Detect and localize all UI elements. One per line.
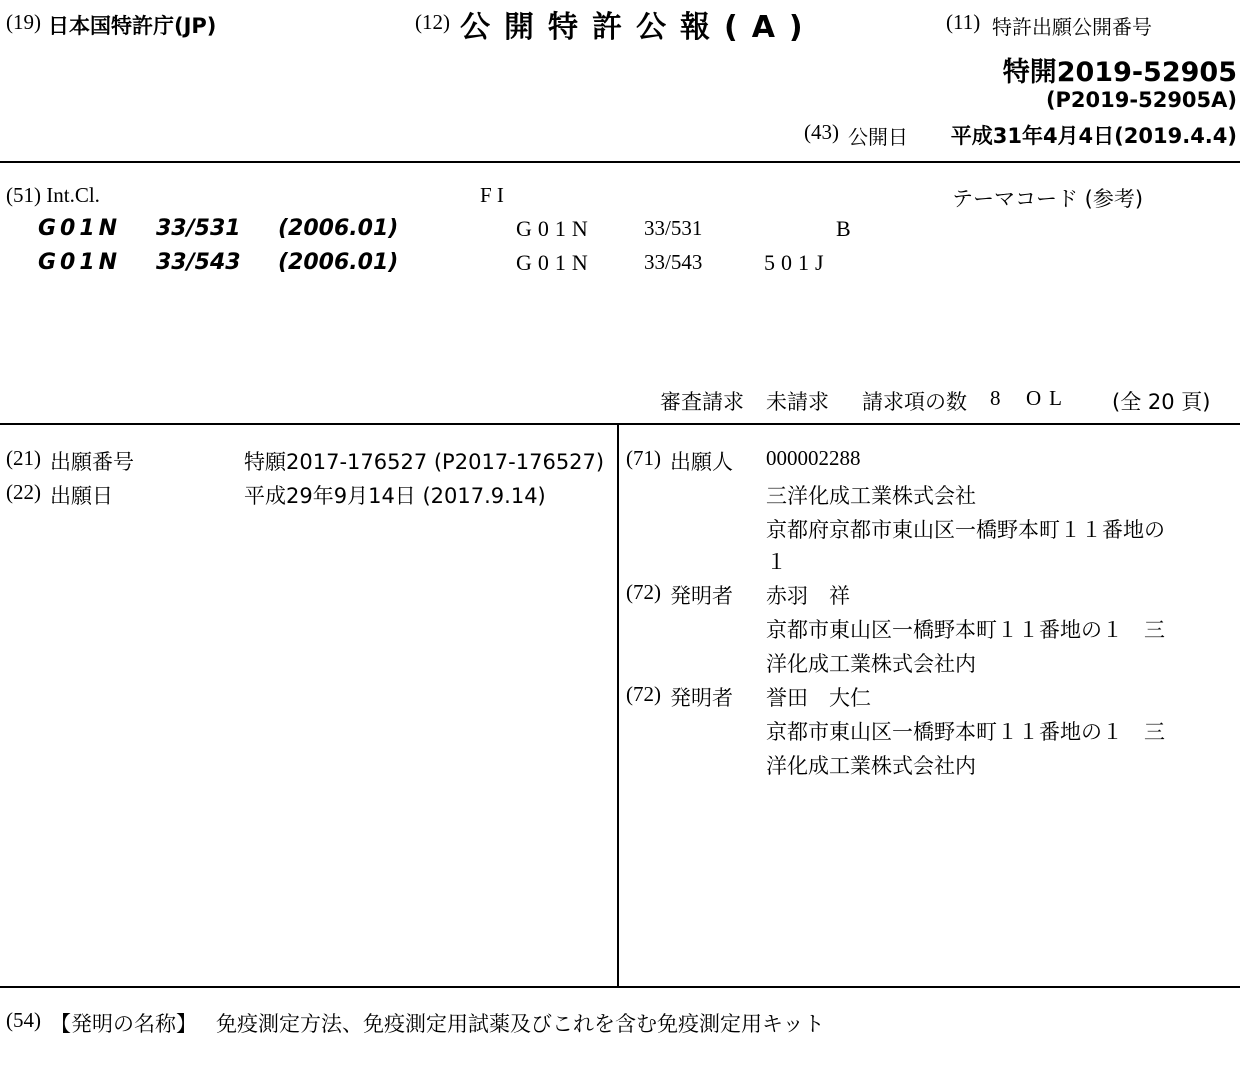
inventor-name: 赤羽 祥 bbox=[766, 580, 850, 610]
divider-vertical bbox=[617, 423, 619, 988]
pub-number-label: 特許出願公開番号 bbox=[992, 11, 1152, 40]
applicant-label: 出願人 bbox=[670, 446, 733, 476]
exam-request-status: 未請求 bbox=[766, 386, 829, 416]
ipc-code: G01N bbox=[38, 250, 121, 275]
invention-title-label: 【発明の名称】 bbox=[50, 1008, 197, 1038]
applicant-name: 三洋化成工業株式会社 bbox=[766, 480, 976, 510]
int-cl-label: (51) Int.Cl. bbox=[6, 183, 100, 208]
inventor-address: 京都市東山区一橋野本町１１番地の１ 三 bbox=[766, 614, 1165, 644]
ol-mark: OL bbox=[1026, 386, 1070, 411]
pub-date: 平成31年4月4日(2019.4.4) bbox=[951, 120, 1237, 150]
fi-label: F I bbox=[480, 183, 504, 208]
divider-mid bbox=[0, 423, 1240, 425]
app-date-label: 出願日 bbox=[50, 480, 113, 510]
fi-group: 33/531 bbox=[644, 216, 702, 241]
pub-date-label: 公開日 bbox=[848, 121, 908, 150]
app-date-value: 平成29年9月14日 (2017.9.14) bbox=[244, 480, 546, 510]
claims-count: 8 bbox=[990, 386, 1001, 411]
inventor-code: (72) bbox=[626, 682, 661, 707]
pub-type-title: 公開特許公報(A) bbox=[460, 2, 817, 46]
pub-date-code: (43) bbox=[804, 120, 839, 145]
inventor-label: 発明者 bbox=[670, 682, 733, 712]
invention-title: 免疫測定方法、免疫測定用試薬及びこれを含む免疫測定用キット bbox=[216, 1008, 825, 1038]
claims-label: 請求項の数 bbox=[862, 386, 967, 416]
fi-code: G01N bbox=[516, 216, 594, 242]
office-code: (19) bbox=[6, 10, 41, 35]
inventor-address-cont: 洋化成工業株式会社内 bbox=[766, 750, 976, 780]
page-count: (全 20 頁) bbox=[1112, 386, 1210, 416]
office-name: 日本国特許庁(JP) bbox=[48, 10, 216, 40]
inventor-label: 発明者 bbox=[670, 580, 733, 610]
ipc-code: G01N bbox=[38, 216, 121, 241]
ipc-version: (2006.01) bbox=[278, 216, 398, 241]
ipc-version: (2006.01) bbox=[278, 250, 398, 275]
fi-code: G01N bbox=[516, 250, 594, 276]
ipc-group: 33/531 bbox=[156, 216, 241, 241]
applicant-id: 000002288 bbox=[766, 446, 861, 471]
divider-bottom bbox=[0, 986, 1240, 988]
inventor-name: 誉田 大仁 bbox=[766, 682, 871, 712]
pub-number: 特開2019-52905 bbox=[1003, 50, 1237, 89]
inventor-code: (72) bbox=[626, 580, 661, 605]
applicant-code: (71) bbox=[626, 446, 661, 471]
ipc-group: 33/543 bbox=[156, 250, 241, 275]
app-date-code: (22) bbox=[6, 480, 41, 505]
applicant-address-cont: １ bbox=[766, 546, 787, 576]
exam-request-label: 審査請求 bbox=[660, 386, 744, 416]
app-number-code: (21) bbox=[6, 446, 41, 471]
divider-top bbox=[0, 161, 1240, 163]
fi-suffix: 501J bbox=[764, 250, 830, 276]
inventor-address-cont: 洋化成工業株式会社内 bbox=[766, 648, 976, 678]
inventor-address: 京都市東山区一橋野本町１１番地の１ 三 bbox=[766, 716, 1165, 746]
app-number-label: 出願番号 bbox=[50, 446, 134, 476]
app-number-value: 特願2017-176527 (P2017-176527) bbox=[244, 446, 604, 476]
applicant-address: 京都府京都市東山区一橋野本町１１番地の bbox=[766, 514, 1165, 544]
fi-group: 33/543 bbox=[644, 250, 702, 275]
pub-number-alt: (P2019-52905A) bbox=[1046, 88, 1237, 112]
invention-title-code: (54) bbox=[6, 1008, 41, 1033]
pub-number-code: (11) bbox=[946, 10, 980, 35]
pub-type-code: (12) bbox=[415, 10, 450, 35]
theme-code-label: テーマコード (参考) bbox=[952, 183, 1143, 213]
fi-suffix: B bbox=[836, 216, 857, 242]
